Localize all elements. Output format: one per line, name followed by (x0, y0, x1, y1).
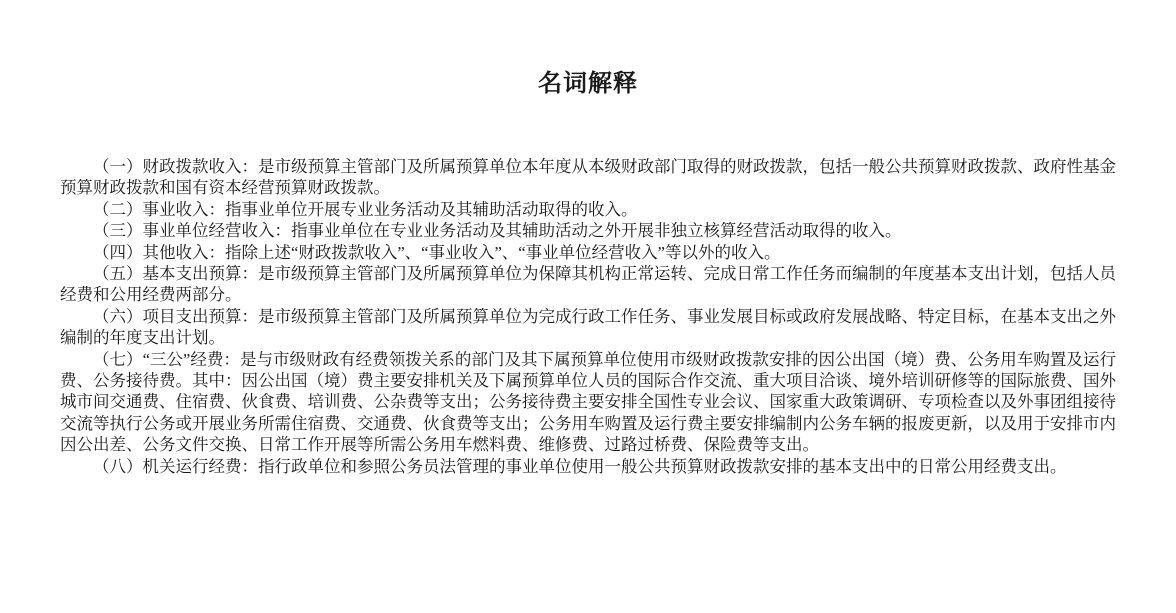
term-definition-project-expenditure-budget: （六）项目支出预算：是市级预算主管部门及所属预算单位为完成行政工作任务、事业发展… (60, 306, 1116, 349)
term-definition-other-income: （四）其他收入：指除上述“财政拨款收入”、“事业收入”、“事业单位经营收入”等以… (60, 242, 1116, 263)
document-page: 名词解释 （一）财政拨款收入：是市级预算主管部门及所属预算单位本年度从本级财政部… (0, 0, 1176, 613)
page-title: 名词解释 (60, 70, 1116, 98)
document-body: （一）财政拨款收入：是市级预算主管部门及所属预算单位本年度从本级财政部门取得的财… (60, 156, 1116, 477)
term-definition-fiscal-appropriation-income: （一）财政拨款收入：是市级预算主管部门及所属预算单位本年度从本级财政部门取得的财… (60, 156, 1116, 199)
term-definition-three-public-expenses: （七）“三公”经费：是与市级财政有经费领拨关系的部门及其下属预算单位使用市级财政… (60, 349, 1116, 456)
term-definition-basic-expenditure-budget: （五）基本支出预算：是市级预算主管部门及所属预算单位为保障其机构正常运转、完成日… (60, 263, 1116, 306)
term-definition-agency-operating-expenses: （八）机关运行经费：指行政单位和参照公务员法管理的事业单位使用一般公共预算财政拨… (60, 456, 1116, 477)
term-definition-institution-operating-income: （三）事业单位经营收入：指事业单位在专业业务活动及其辅助活动之外开展非独立核算经… (60, 220, 1116, 241)
term-definition-institution-income: （二）事业收入：指事业单位开展专业业务活动及其辅助活动取得的收入。 (60, 199, 1116, 220)
